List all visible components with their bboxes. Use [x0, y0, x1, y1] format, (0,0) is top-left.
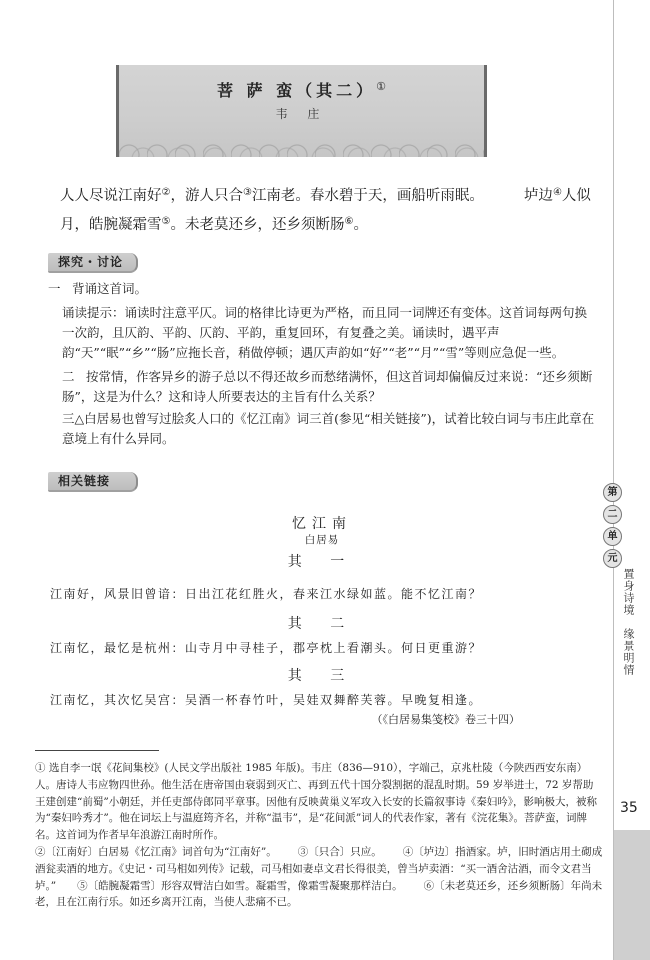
related-part-3-text: 江南忆，其次忆吴宫：吴酒一杯春竹叶，吴娃双舞醉芙蓉。早晚复相逢。: [50, 691, 590, 708]
footnote-2: ②〔江南好〕白居易《忆江南》词首句为“江南好”。: [35, 846, 277, 858]
footnotes: ① 选自李一氓《花间集校》(人民文学出版社 1985 年版)。韦庄（836—91…: [35, 760, 603, 911]
poem-line-2: 月，皓腕凝霜雪⑤。未老莫还乡，还乡须断肠⑥。: [60, 209, 600, 238]
related-source-citation: （《白居易集笺校》卷三十四）: [372, 711, 521, 727]
title-banner: 菩 萨 蛮（其二）① 韦 庄: [116, 65, 487, 157]
poem-title: 菩 萨 蛮（其二）①: [119, 78, 484, 101]
related-poem-author: 白居易: [48, 532, 596, 547]
footnote-1: ① 选自李一氓《花间集校》(人民文学出版社 1985 年版)。韦庄（836—91…: [35, 760, 603, 844]
unit-badge-char: 单: [603, 527, 622, 546]
unit-badge-char: 第: [603, 483, 622, 502]
page-number: 35: [620, 800, 638, 816]
footnote-ref-4[interactable]: ④: [553, 187, 562, 198]
unit-badge-column: 第 二 单 元: [603, 483, 625, 571]
unit-badge-char: 二: [603, 505, 622, 524]
discussion-questions: 一背诵这首词。 诵读提示：诵读时注意平仄。词的格律比诗更为严格，而且同一词牌还有…: [48, 279, 596, 449]
footnote-5: ⑤〔皓腕凝霜雪〕形容双臂洁白如雪。凝霜雪，像霜雪凝聚那样洁白。: [77, 880, 403, 892]
footnote-3: ③〔只合〕只应。: [298, 846, 382, 858]
margin-gray-band: [614, 830, 650, 960]
related-poem-title: 忆江南: [48, 513, 596, 533]
related-part-1-text: 江南好，风景旧曾谙：日出江花红胜火，春来江水绿如蓝。能不忆江南？: [50, 585, 590, 602]
section-tab-related-links: 相关链接: [48, 472, 138, 492]
poem-line-1: 人人尽说江南好②，游人只合③江南老。春水碧于天，画船听雨眠。垆边④人似: [60, 180, 600, 209]
poem-body: 人人尽说江南好②，游人只合③江南老。春水碧于天，画船听雨眠。垆边④人似 月，皓腕…: [60, 180, 600, 238]
footnote-ref-1[interactable]: ①: [376, 80, 386, 93]
unit-theme-2: 缘景明情: [620, 628, 636, 676]
poem-author: 韦 庄: [119, 105, 484, 122]
related-part-1-label: 其 一: [48, 551, 596, 571]
poem-title-text: 菩 萨 蛮（其二）: [217, 81, 376, 100]
unit-theme-1: 置身诗境: [620, 568, 636, 616]
footnote-divider: [35, 750, 159, 751]
unit-badge-char: 元: [603, 549, 622, 568]
cloud-pattern-decoration: [119, 133, 484, 157]
question-3: 三△白居易也曾写过脍炙人口的《忆江南》词三首(参见“相关链接”)，试着比较白词与…: [48, 409, 596, 449]
question-2: 二按常情，作客异乡的游子总以不得还故乡而愁绪满怀，但这首词却偏偏反过来说：“还乡…: [48, 367, 596, 407]
question-1: 一背诵这首词。: [48, 279, 596, 299]
related-part-2-label: 其 二: [48, 613, 596, 633]
related-part-3-label: 其 三: [48, 665, 596, 685]
section-tab-discussion: 探究・讨论: [48, 253, 138, 273]
footnotes-2-6: ②〔江南好〕白居易《忆江南》词首句为“江南好”。 ③〔只合〕只应。 ④〔垆边〕指…: [35, 844, 603, 911]
related-part-2-text: 江南忆，最忆是杭州：山寺月中寻桂子，郡亭枕上看潮头。何日更重游？: [50, 639, 590, 656]
recitation-tip: 诵读提示：诵读时注意平仄。词的格律比诗更为严格，而且同一词牌还有变体。这首词每两…: [48, 303, 596, 363]
footnote-ref-3[interactable]: ③: [243, 187, 252, 198]
